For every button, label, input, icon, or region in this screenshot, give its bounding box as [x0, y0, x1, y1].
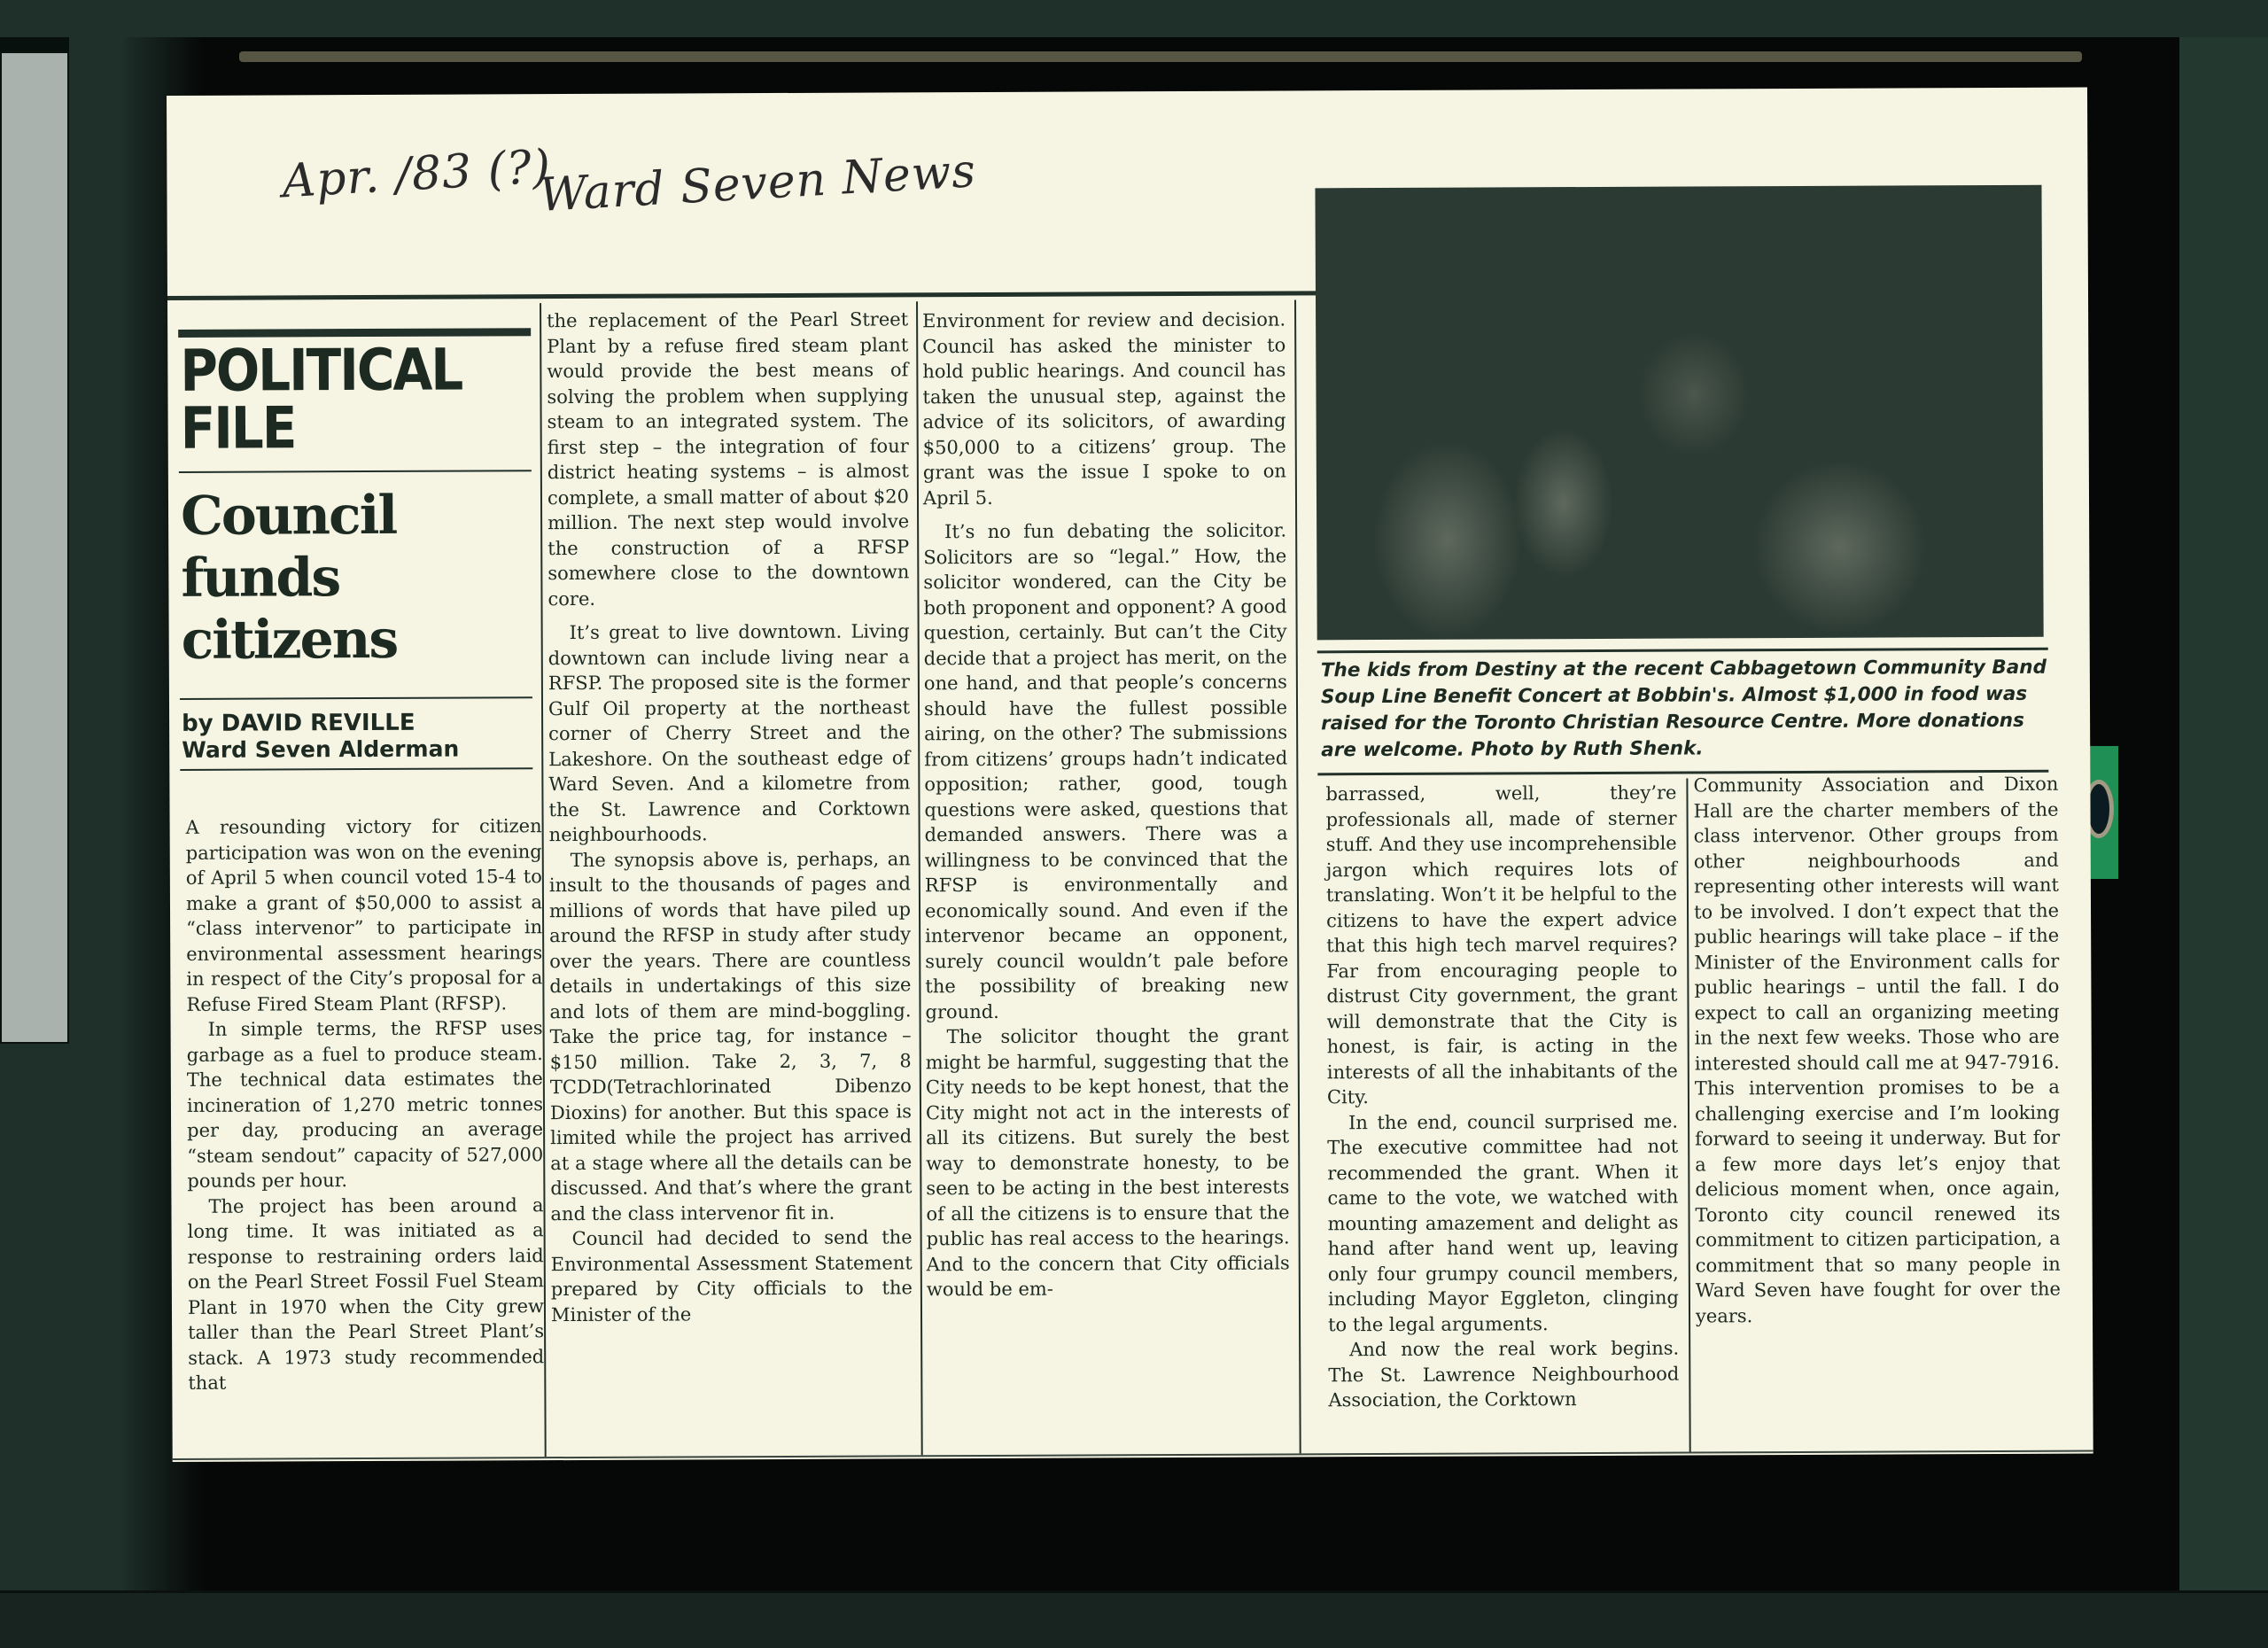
headline-line-2: funds: [181, 547, 397, 610]
paragraph: It’s no fun debating the solicitor. Soli…: [923, 517, 1288, 1024]
column-divider-3: [1294, 299, 1301, 1453]
paragraph: And now the real work begins. The St. La…: [1328, 1336, 1679, 1413]
album-bottom-edge: [0, 1590, 2268, 1648]
article-column-1: A resounding victory for citizen partici…: [186, 813, 545, 1395]
top-rule: [167, 291, 1319, 300]
kicker-line-1: POLITICAL: [180, 341, 462, 400]
paragraph: The project has been around a long time.…: [187, 1193, 544, 1396]
page-top-strip: [239, 51, 2082, 62]
paragraph: In the end, council surprised me. The ex…: [1327, 1108, 1679, 1337]
byline-bottom-rule: [180, 767, 532, 771]
headline-line-3: citizens: [182, 609, 398, 672]
paragraph: Environment for review and decision. Cou…: [922, 307, 1286, 510]
newspaper-clipping: Apr. /83 (?) Ward Seven News POLITICAL F…: [167, 88, 2093, 1462]
byline-title: Ward Seven Alderman: [182, 736, 459, 764]
kicker-bottom-rule: [179, 470, 532, 473]
kicker-line-2: FILE: [180, 399, 462, 457]
column-divider-4: [1686, 779, 1690, 1452]
column-divider-2: [916, 301, 923, 1455]
photo-bottom-rule: [1317, 648, 2048, 654]
photo-caption: The kids from Destiny at the recent Cabb…: [1321, 655, 2048, 765]
headline: Council funds citizens: [181, 485, 397, 672]
paragraph: Community Association and Dixon Hall are…: [1693, 772, 2061, 1329]
paragraph: It’s great to live downtown. Living down…: [548, 618, 911, 847]
paragraph: In simple terms, the RFSP uses garbage a…: [187, 1015, 544, 1193]
paragraph: The solicitor thought the grant might be…: [926, 1022, 1290, 1302]
handwritten-date: Apr. /83 (?): [281, 140, 553, 208]
article-column-2: the replacement of the Pearl Street Plan…: [547, 307, 913, 1327]
paragraph: barrassed, well, they’re professionals a…: [1325, 781, 1678, 1110]
headline-line-1: Council: [181, 485, 397, 548]
adjacent-page-edge: [0, 51, 69, 1044]
paragraph: the replacement of the Pearl Street Plan…: [547, 307, 909, 611]
article-column-5: Community Association and Dixon Hall are…: [1693, 772, 2061, 1329]
byline: by DAVID REVILLE Ward Seven Alderman: [182, 710, 459, 764]
article-column-4: barrassed, well, they’re professionals a…: [1325, 781, 1679, 1413]
handwritten-source: Ward Seven News: [538, 144, 977, 222]
article-column-3: Environment for review and decision. Cou…: [922, 307, 1290, 1302]
paragraph: The synopsis above is, perhaps, an insul…: [549, 846, 913, 1226]
concert-photo: [1315, 185, 2043, 641]
headline-bottom-rule: [180, 696, 532, 700]
byline-author: by DAVID REVILLE: [182, 710, 459, 737]
paragraph: Council had decided to send the Environm…: [551, 1224, 913, 1327]
paragraph: A resounding victory for citizen partici…: [186, 813, 543, 1017]
album-right-panel: [2179, 37, 2268, 1605]
column-kicker: POLITICAL FILE: [180, 341, 462, 457]
